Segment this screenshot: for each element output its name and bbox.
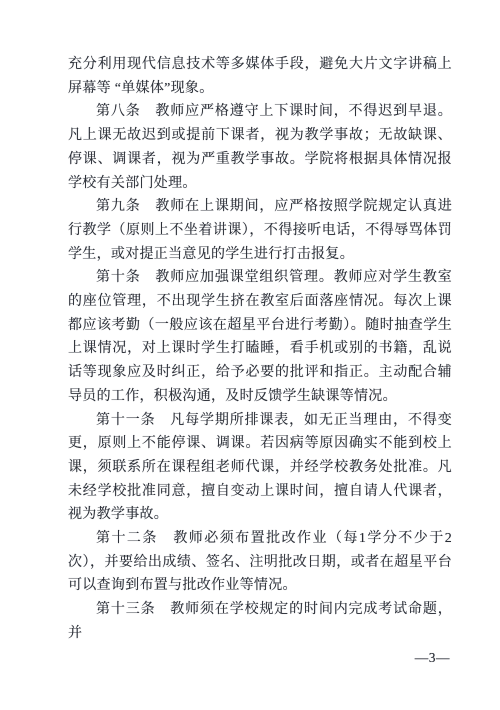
paragraph-continuation: 充分利用现代信息技术等多媒体手段，避免大片文字讲稿上屏幕等 “单媒体”现象。 (68, 53, 452, 100)
paragraph-article-11: 第十一条 凡每学期所排课表，如无正当理由，不得变更，原则上不能停课、调课。若因病… (68, 409, 452, 528)
paragraph-article-10: 第十条 教师应加强课堂组织管理。教师应对学生教室的座位管理，不出现学生挤在教室后… (68, 266, 452, 408)
document-body: 充分利用现代信息技术等多媒体手段，避免大片文字讲稿上屏幕等 “单媒体”现象。 第… (68, 53, 452, 646)
paragraph-article-12: 第十二条 教师必须布置批改作业（每1学分不少于2次），并要给出成绩、签名、注明批… (68, 527, 452, 598)
paragraph-article-8: 第八条 教师应严格遵守上下课时间，不得迟到早退。凡上课无故迟到或提前下课者，视为… (68, 100, 452, 195)
paragraph-article-13: 第十三条 教师须在学校规定的时间内完成考试命题，并 (68, 598, 452, 645)
paragraph-article-9: 第九条 教师在上课期间，应严格按照学院规定认真进行教学（原则上不坐着讲课），不得… (68, 195, 452, 266)
document-page: 充分利用现代信息技术等多媒体手段，避免大片文字讲稿上屏幕等 “单媒体”现象。 第… (0, 0, 500, 710)
page-number: —3— (415, 650, 450, 666)
